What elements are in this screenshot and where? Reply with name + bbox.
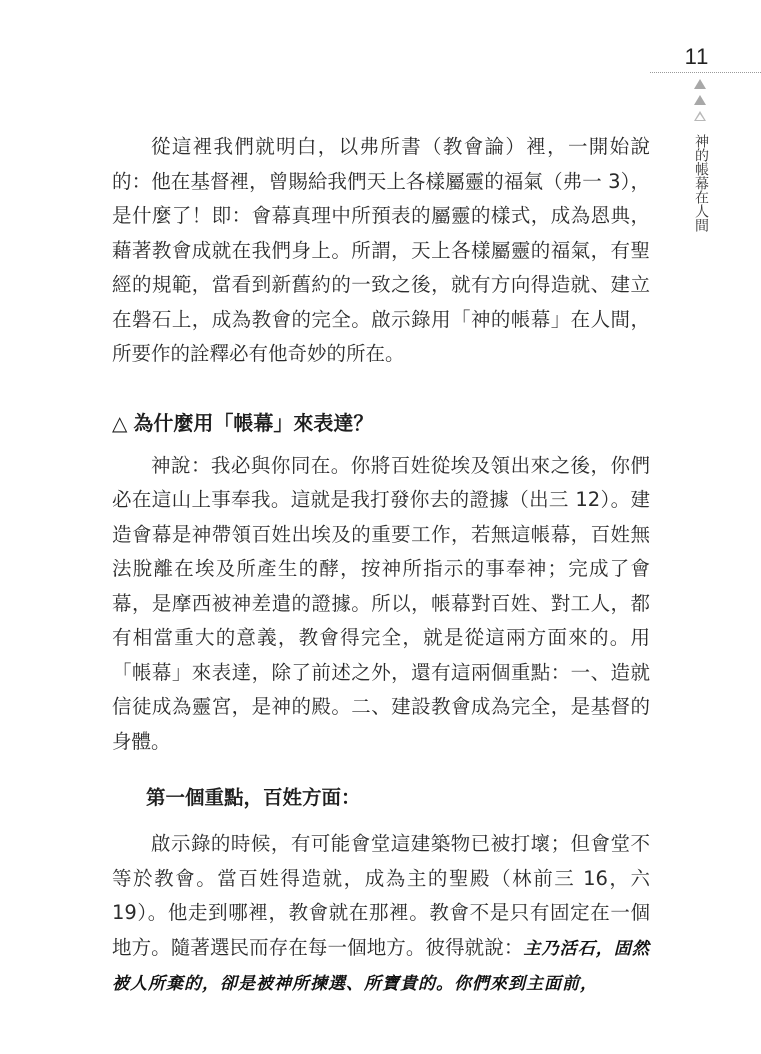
page-number: 11 [672, 44, 722, 70]
filled-triangle-icon [694, 95, 706, 105]
section-heading: △為什麼用「帳幕」來表達？ [112, 406, 650, 440]
paragraph: 神說：我必與你同在。你將百姓從埃及領出來之後，你們必在這山上事奉我。這就是我打發… [112, 449, 650, 760]
page-content: 從這裡我們就明白，以弗所書（教會論）裡，一開始說的：他在基督裡，曾賜給我們天上各… [112, 130, 650, 1002]
subsection-heading: 第一個重點，百姓方面： [112, 781, 650, 815]
header-dotted-rule [650, 72, 761, 73]
section-heading-text: 為什麼用「帳幕」來表達？ [133, 411, 373, 435]
section-markers [690, 79, 710, 127]
paragraph: 啟示錄的時候，有可能會堂這建築物已被打壞；但會堂不等於教會。當百姓得造就，成為主… [112, 827, 650, 1002]
filled-triangle-icon [694, 79, 706, 89]
paragraph: 從這裡我們就明白，以弗所書（教會論）裡，一開始說的：他在基督裡，曾賜給我們天上各… [112, 130, 650, 372]
running-title: 神的帳幕在人間 [691, 134, 711, 232]
outline-triangle-icon [694, 111, 706, 121]
delta-icon: △ [112, 411, 127, 435]
